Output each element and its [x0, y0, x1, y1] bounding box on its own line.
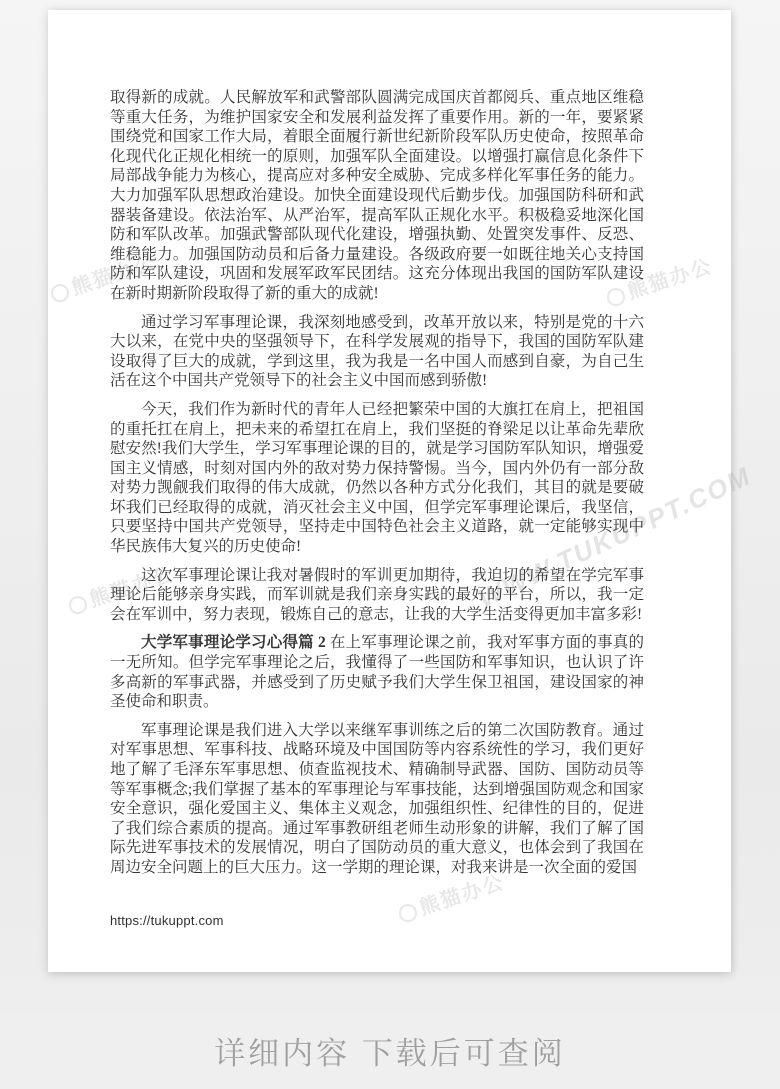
paragraph: 今天，我们作为新时代的青年人已经把繁荣中国的大旗扛在肩上，把祖国的重托扛在肩上，… — [110, 400, 644, 557]
download-hint-text: 详细内容 下载后可查阅 — [214, 1028, 566, 1073]
paragraph: 军事理论课是我们进入大学以来继军事训练之后的第二次国防教育。通过对军事思想、军事… — [110, 721, 644, 878]
panda-logo-icon — [67, 594, 90, 617]
document-text: 取得新的成就。人民解放军和武警部队圆满完成国庆首都阅兵、重点地区维稳等重大任务，… — [110, 88, 644, 887]
panda-logo-icon — [397, 902, 420, 925]
download-hint-bar: 详细内容 下载后可查阅 — [0, 1012, 780, 1089]
paragraph: 取得新的成就。人民解放军和武警部队圆满完成国庆首都阅兵、重点地区维稳等重大任务，… — [110, 88, 644, 304]
document-page: 熊猫办公 熊猫办公 熊猫办公 熊猫办公 WWW.TUKUPPT.COM 取得新的… — [48, 10, 731, 972]
paragraph: 通过学习军事理论课，我深刻地感受到，改革开放以来，特别是党的十六大以来，在党中央… — [110, 313, 644, 391]
paragraph: 大学军事理论学习心得篇 2 在上军事理论课之前，我对军事方面的事真的一无所知。但… — [110, 633, 644, 711]
site-url-watermark: https://tukuppt.com — [110, 913, 224, 928]
inline-section-heading: 大学军事理论学习心得篇 2 — [141, 634, 326, 651]
paragraph: 这次军事理论课让我对暑假时的军训更加期待，我迫切的希望在学完军事理论后能够亲身实… — [110, 566, 644, 625]
panda-logo-icon — [49, 282, 72, 305]
